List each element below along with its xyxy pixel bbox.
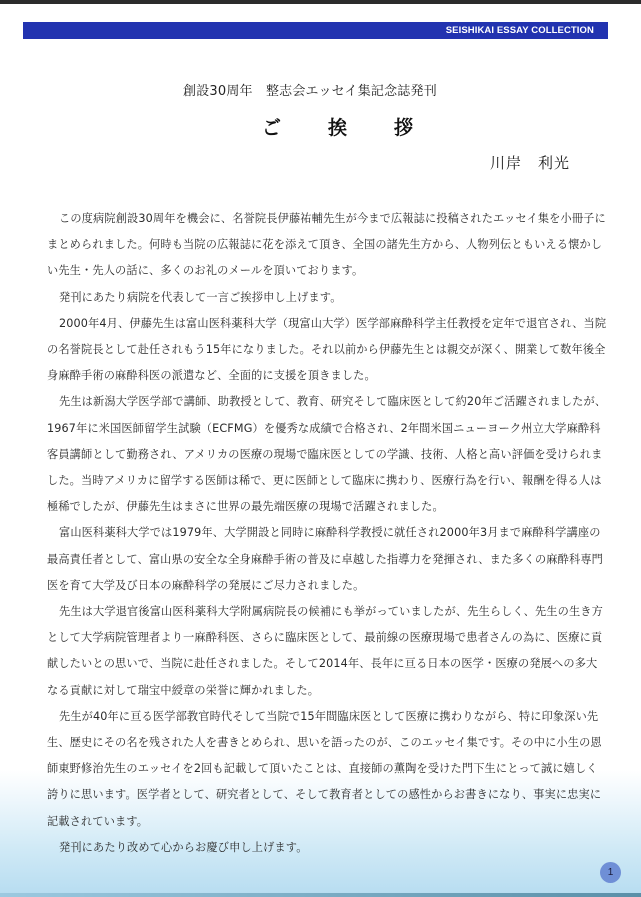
paragraph: 先生が40年に亘る医学部教官時代そして当院で15年間臨床医として医療に携わりなが… [47,704,607,835]
paragraph: 富山医科薬科大学では1979年、大学開設と同時に麻酔科学教授に就任され2000年… [47,520,607,599]
document-page: SEISHIKAI ESSAY COLLECTION 創設30周年 整志会エッセ… [0,0,641,897]
bottom-edge-strip [0,893,641,897]
paragraph: 発刊にあたり改めて心からお慶び申し上げます。 [47,835,607,861]
page-number-badge: 1 [600,862,621,883]
paragraph: 発刊にあたり病院を代表して一言ご挨拶申し上げます。 [47,285,607,311]
document-body: この度病院創設30周年を機会に、名誉院長伊藤祐輔先生が今まで広報誌に投稿されたエ… [47,206,607,861]
paragraph: 先生は大学退官後富山医科薬科大学附属病院長の候補にも挙がっていましたが、先生らし… [47,599,607,704]
paragraph: 先生は新潟大学医学部で講師、助教授として、教育、研究そして臨床医として約20年ご… [47,389,607,520]
document-subtitle: 創設30周年 整志会エッセイ集記念誌発刊 [183,80,437,99]
paragraph: 2000年4月、伊藤先生は富山医科薬科大学（現富山大学）医学部麻酔科学主任教授を… [47,311,607,390]
author-name: 川岸 利光 [490,152,570,173]
banner-title: SEISHIKAI ESSAY COLLECTION [446,25,594,36]
document-title: ご 挨 拶 [262,113,427,140]
header-banner: SEISHIKAI ESSAY COLLECTION [23,22,608,39]
top-edge-strip [0,0,641,4]
paragraph: この度病院創設30周年を機会に、名誉院長伊藤祐輔先生が今まで広報誌に投稿されたエ… [47,206,607,285]
